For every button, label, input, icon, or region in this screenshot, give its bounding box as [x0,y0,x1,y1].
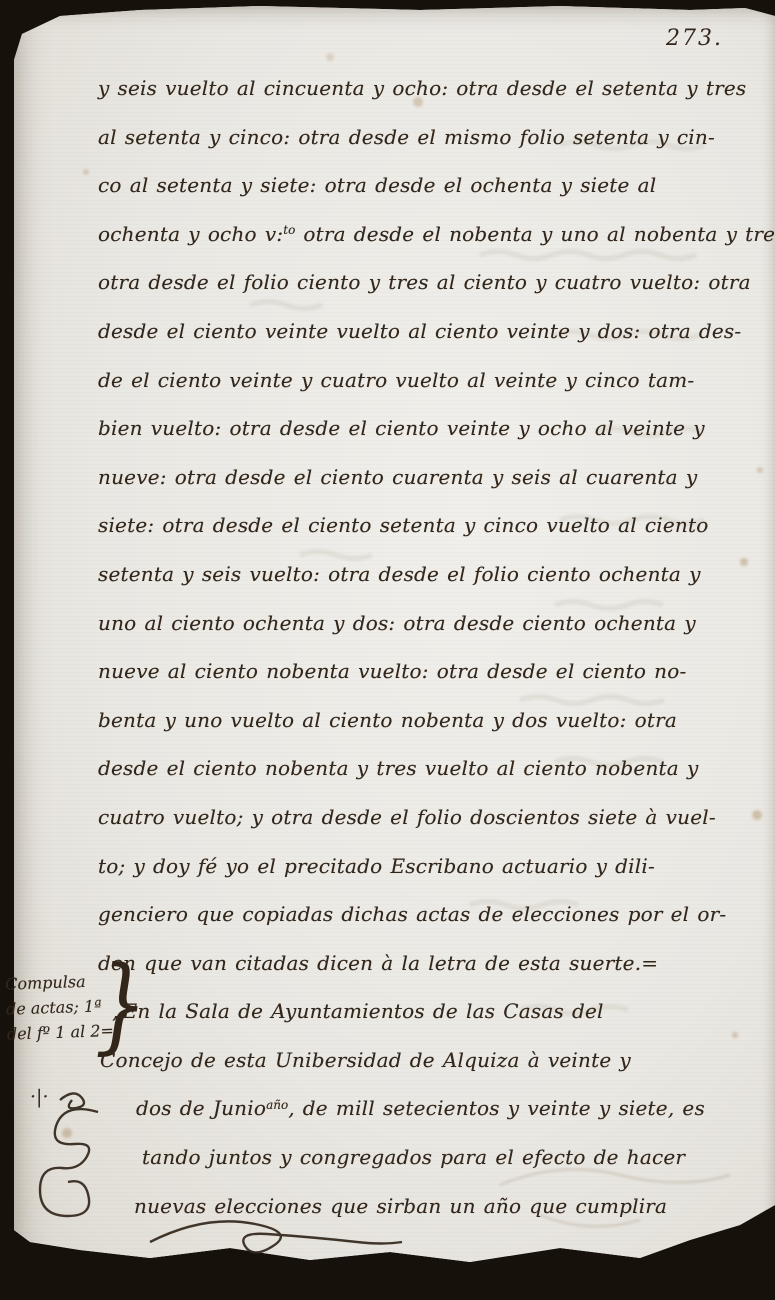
margin-note-line: de actas; 1ª [6,993,103,1021]
manuscript-line: „En la Sala de Ayuntamientos de las Casa… [112,987,753,1036]
manuscript-line: siete: otra desde el ciento setenta y ci… [98,501,753,550]
manuscript-line: nueve al ciento nobenta vuelto: otra des… [98,647,753,696]
manuscript-line: to; y doy fé yo el precitado Escribano a… [98,842,753,891]
superscript-insertion: año [266,1098,288,1112]
manuscript-line: desde el ciento veinte vuelto al ciento … [98,307,753,356]
manuscript-line: nuevas elecciones que sirban un año que … [134,1182,753,1231]
line-text: , de mill setecientos y veinte y siete, … [288,1096,705,1120]
manuscript-text: y seis vuelto al cincuenta y ocho: otra … [98,64,753,1230]
margin-note-brace: } [95,952,148,1056]
line-text: ochenta y ocho v: [98,222,283,246]
manuscript-line: benta y uno vuelto al ciento nobenta y d… [98,696,753,745]
line-text: dos de Junio [136,1096,266,1120]
manuscript-line: genciero que copiadas dichas actas de el… [98,890,753,939]
manuscript-line: co al setenta y siete: otra desde el och… [98,161,753,210]
manuscript-line: nueve: otra desde el ciento cuarenta y s… [98,453,753,502]
manuscript-line: al setenta y cinco: otra desde el mismo … [98,113,753,162]
page-number: 273. [666,26,723,51]
manuscript-line: de el ciento veinte y cuatro vuelto al v… [98,356,753,405]
manuscript-line: tando juntos y congregados para el efect… [142,1133,753,1182]
manuscript-line: Concejo de esta Unibersidad de Alquiza à… [100,1036,753,1085]
manuscript-line: desde el ciento nobenta y tres vuelto al… [98,744,753,793]
manuscript-line: y seis vuelto al cincuenta y ocho: otra … [98,64,753,113]
manuscript-line: den que van citadas dicen à la letra de … [98,939,753,988]
line-text: otra desde el nobenta y uno al nobenta y… [295,222,775,246]
manuscript-line: uno al ciento ochenta y dos: otra desde … [98,599,753,648]
manuscript-line: cuatro vuelto; y otra desde el folio dos… [98,793,753,842]
margin-note: Compulsa de actas; 1ª del fº 1 al 2= [5,968,104,1046]
manuscript-line: ochenta y ocho v:to otra desde el nobent… [98,210,753,259]
margin-note-line: Compulsa [5,968,102,996]
manuscript-line: setenta y seis vuelto: otra desde el fol… [98,550,753,599]
manuscript-line: bien vuelto: otra desde el ciento veinte… [98,404,753,453]
superscript-abbreviation: to [283,223,295,237]
insertion-cross-mark: ·|· [30,1086,48,1108]
manuscript-line: otra desde el folio ciento y tres al cie… [98,258,753,307]
margin-note-line: del fº 1 al 2= [6,1018,103,1046]
manuscript-line: dos de Junioaño, de mill setecientos y v… [136,1084,753,1133]
